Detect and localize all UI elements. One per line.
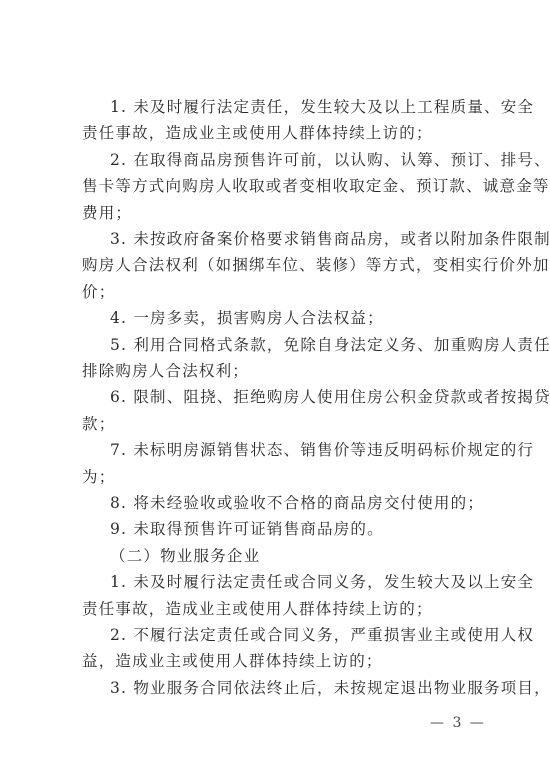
text-line: 责任事故，造成业主或使用人群体持续上访的； (82, 123, 502, 143)
text-line: 1. 未及时履行法定责任，发生较大及以上工程质量、安全 (110, 97, 530, 117)
text-line: 款； (82, 414, 502, 434)
text-line: 价； (82, 282, 502, 302)
page-number: — 3 — (430, 715, 486, 731)
text-line: 费用； (82, 203, 502, 223)
text-line: 为； (82, 467, 502, 487)
text-line: 8. 将未经验收或验收不合格的商品房交付使用的； (110, 493, 530, 513)
text-line: 2. 不履行法定责任或合同义务，严重损害业主或使用人权 (110, 625, 530, 645)
text-line: 9. 未取得预售许可证销售商品房的。 (110, 519, 530, 539)
text-line: 益，造成业主或使用人群体持续上访的； (82, 651, 502, 671)
text-line: 7. 未标明房源销售状态、销售价等违反明码标价规定的行 (110, 440, 530, 460)
text-line: 5. 利用合同格式条款，免除自身法定义务、加重购房人责任、 (110, 335, 530, 355)
text-line: 3. 未按政府备案价格要求销售商品房，或者以附加条件限制 (110, 229, 530, 249)
text-line: 4. 一房多卖，损害购房人合法权益； (110, 308, 530, 328)
text-line: 1. 未及时履行法定责任或合同义务，发生较大及以上安全 (110, 572, 530, 592)
text-line: 3. 物业服务合同依法终止后，未按规定退出物业服务项目， (110, 678, 530, 698)
text-line: 责任事故，造成业主或使用人群体持续上访的； (82, 599, 502, 619)
text-line: 排除购房人合法权利； (82, 361, 502, 381)
text-line: 6. 限制、阻挠、拒绝购房人使用住房公积金贷款或者按揭贷 (110, 387, 530, 407)
text-line: （二）物业服务企业 (110, 546, 530, 566)
text-line: 购房人合法权利（如捆绑车位、装修）等方式，变相实行价外加 (82, 255, 502, 275)
text-line: 2. 在取得商品房预售许可前，以认购、认筹、预订、排号、 (110, 150, 530, 170)
text-line: 售卡等方式向购房人收取或者变相收取定金、预订款、诚意金等 (82, 176, 502, 196)
document-page: 1. 未及时履行法定责任，发生较大及以上工程质量、安全责任事故，造成业主或使用人… (0, 0, 550, 775)
